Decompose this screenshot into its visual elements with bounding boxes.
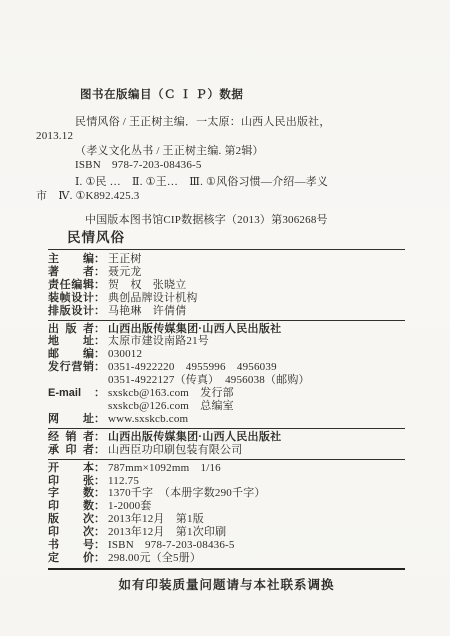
row-value: 聂元龙 (105, 266, 142, 279)
cip-heading: 图书在版编目（Ｃ Ｉ Ｐ）数据 (80, 88, 388, 102)
row-distributor: 经 销 者：山西出版传媒集团·山西人民出版社 (48, 431, 405, 444)
row-value: sxskcb@163.com 发行部 (105, 387, 234, 400)
row-label: 定 价 (48, 552, 94, 565)
row-value: sxskcb@126.com 总编室 (105, 400, 234, 413)
row-colon: ： (94, 323, 105, 336)
row-label: 印 次 (48, 526, 94, 539)
colophon-block: 民情风俗 主 编：王正树 著 者：聂元龙 责任编辑：贺 权 张晓立 装帧设计：典… (48, 226, 405, 593)
cip-line-title: 民情风俗 / 王正树主编．一太原：山西人民出版社， (36, 115, 388, 129)
row-value: 山西出版传媒集团·山西人民出版社 (105, 323, 281, 336)
row-label: 地 址 (48, 335, 94, 348)
row-postcode: 邮 编：030012 (48, 348, 405, 361)
row-label: 主 编 (48, 253, 94, 266)
row-colon: ： (94, 266, 105, 279)
row-price: 定 价：298.00元（全5册） (48, 552, 405, 565)
row-colon: ： (94, 526, 105, 539)
row-value: 太原市建设南路21号 (105, 335, 209, 348)
row-word-count: 字 数：1370千字 （本册字数290千字） (48, 487, 405, 500)
quality-notice: 如有印装质量问题请与本社联系调换 (48, 570, 405, 593)
row-colon: ： (94, 305, 105, 318)
row-value: 山西出版传媒集团·山西人民出版社 (105, 431, 281, 444)
row-printer: 承 印 者：山西臣功印刷包装有限公司 (48, 444, 405, 457)
row-layout-design: 排版设计：马艳琳 许倩倩 (48, 305, 405, 318)
row-colon: ： (94, 348, 105, 361)
section-divider (48, 459, 405, 460)
row-colon: ： (94, 387, 105, 400)
cip-line-isbn: ISBN 978-7-203-08436-5 (36, 158, 388, 172)
row-colon: ： (94, 539, 105, 552)
row-colon: ： (94, 500, 105, 513)
row-printed-sheets: 印 张：112.75 (48, 475, 405, 488)
row-label: 字 数 (48, 487, 94, 500)
row-impression: 印 次：2013年12月 第1次印刷 (48, 526, 405, 539)
row-colon: ： (94, 513, 105, 526)
row-value: 1370千字 （本册字数290千字） (105, 487, 266, 500)
row-colon: ： (94, 552, 105, 565)
colophon-rows: 主 编：王正树 著 者：聂元龙 责任编辑：贺 权 张晓立 装帧设计：典创品牌设计… (48, 253, 405, 565)
row-label: 排版设计 (48, 305, 94, 318)
copyright-page: 图书在版编目（Ｃ Ｉ Ｐ）数据 民情风俗 / 王正树主编．一太原：山西人民出版社… (0, 0, 450, 636)
row-value: 0351-4922220 4955996 4956039 (105, 361, 277, 374)
row-value: 2013年12月 第1次印刷 (105, 526, 226, 539)
row-value: 0351-4922127（传真） 4956038（邮购） (105, 374, 310, 387)
row-colon: ： (94, 444, 105, 457)
row-label: E-mail (48, 387, 94, 400)
row-binding-design: 装帧设计：典创品牌设计机构 (48, 292, 405, 305)
row-value: 典创品牌设计机构 (105, 292, 198, 305)
row-label: 装帧设计 (48, 292, 94, 305)
row-value: 030012 (105, 348, 142, 361)
row-value: 山西臣功印刷包装有限公司 (105, 444, 242, 457)
row-value: 王正树 (105, 253, 142, 266)
row-label: 印 张 (48, 475, 94, 488)
row-value: 1-2000套 (105, 500, 152, 513)
row-label: 发行营销 (48, 361, 94, 374)
row-colon: ： (94, 487, 105, 500)
row-value: 贺 权 张晓立 (105, 279, 186, 292)
cip-block: 图书在版编目（Ｃ Ｉ Ｐ）数据 民情风俗 / 王正树主编．一太原：山西人民出版社… (36, 88, 388, 228)
row-colon: ： (94, 279, 105, 292)
row-colon: ： (94, 292, 105, 305)
row-chief-editor: 主 编：王正树 (48, 253, 405, 266)
row-colon: ： (94, 361, 105, 374)
row-label: 经 销 者 (48, 431, 94, 444)
row-value: 298.00元（全5册） (105, 552, 201, 565)
row-book-number: 书 号：ISBN 978-7-203-08436-5 (48, 539, 405, 552)
row-distribution-phone-2: 0351-4922127（传真） 4956038（邮购） (48, 374, 405, 387)
row-value: www.sxskcb.com (105, 413, 188, 426)
section-divider (48, 320, 405, 321)
row-colon: ： (94, 253, 105, 266)
row-colon: ： (94, 413, 105, 426)
row-value: 787mm×1092mm 1/16 (105, 462, 221, 475)
row-website: 网 址：www.sxskcb.com (48, 413, 405, 426)
row-value: ISBN 978-7-203-08436-5 (105, 539, 235, 552)
cip-line-classification: Ⅰ. ①民 … Ⅱ. ①王… Ⅲ. ①风俗习惯—介绍—孝义 (36, 175, 388, 189)
row-distribution-phone: 发行营销：0351-4922220 4955996 4956039 (48, 361, 405, 374)
row-label: 出 版 者 (48, 323, 94, 336)
row-label: 著 者 (48, 266, 94, 279)
row-address: 地 址：太原市建设南路21号 (48, 335, 405, 348)
row-colon: ： (94, 335, 105, 348)
cip-line-series: （孝义文化丛书 / 王正树主编. 第2辑） (36, 144, 388, 158)
row-responsible-editor: 责任编辑：贺 权 张晓立 (48, 279, 405, 292)
row-label: 印 数 (48, 500, 94, 513)
row-value: 2013年12月 第1版 (105, 513, 204, 526)
row-colon: ： (94, 462, 105, 475)
row-colon: ： (94, 431, 105, 444)
row-email: E-mail：sxskcb@163.com 发行部 (48, 387, 405, 400)
row-email-2: sxskcb@126.com 总编室 (48, 400, 405, 413)
row-value: 马艳琳 许倩倩 (105, 305, 186, 318)
row-author: 著 者：聂元龙 (48, 266, 405, 279)
row-value: 112.75 (105, 475, 139, 488)
row-label: 责任编辑 (48, 279, 94, 292)
row-print-run: 印 数：1-2000套 (48, 500, 405, 513)
row-publisher: 出 版 者：山西出版传媒集团·山西人民出版社 (48, 323, 405, 336)
cip-line-year: 2013.12 (36, 129, 388, 143)
row-edition: 版 次：2013年12月 第1版 (48, 513, 405, 526)
cip-line-classification-wrap: 市 Ⅳ. ①K892.425.3 (36, 189, 388, 203)
row-label: 承 印 者 (48, 444, 94, 457)
row-label: 网 址 (48, 413, 94, 426)
row-label: 书 号 (48, 539, 94, 552)
row-label: 开 本 (48, 462, 94, 475)
row-label: 版 次 (48, 513, 94, 526)
row-label: 邮 编 (48, 348, 94, 361)
row-colon: ： (94, 475, 105, 488)
book-title: 民情风俗 (48, 226, 405, 250)
row-format: 开 本：787mm×1092mm 1/16 (48, 462, 405, 475)
section-divider (48, 428, 405, 429)
